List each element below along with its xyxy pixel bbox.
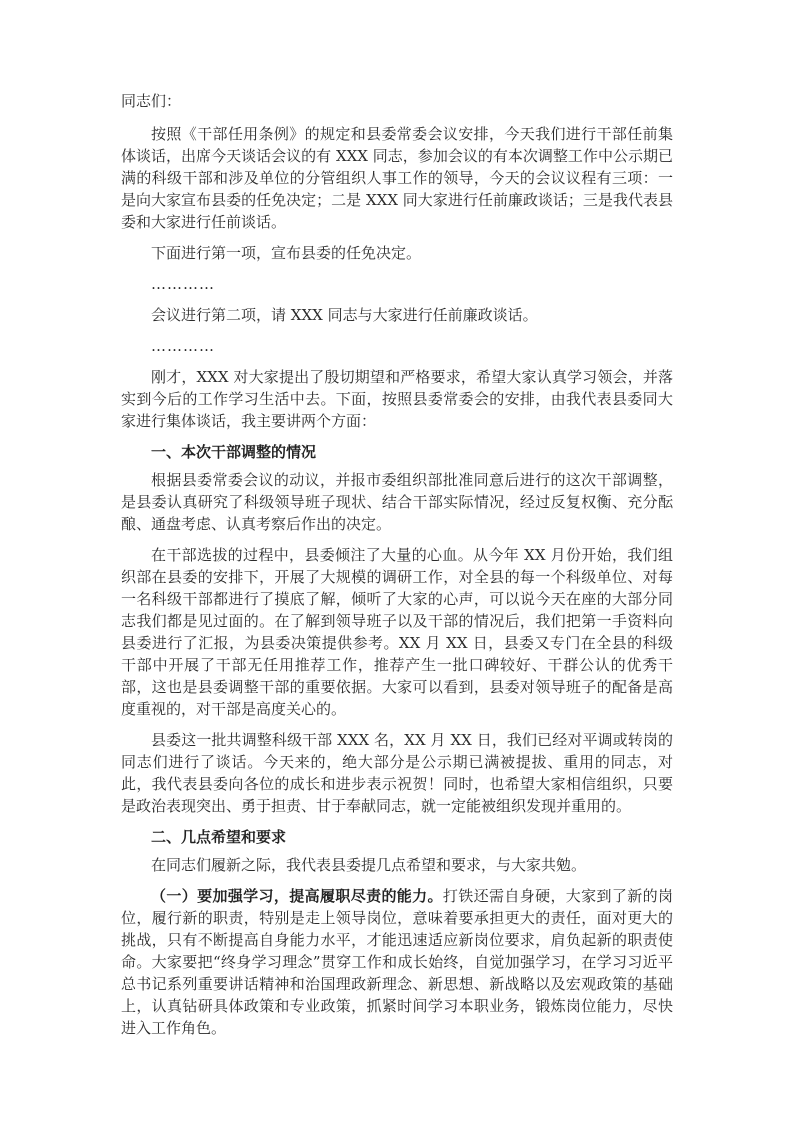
subsection-body-1: 打铁还需自身硬，大家到了新的岗位，履行新的职责，特别是走上领导岗位，意味着要承担… bbox=[121, 887, 673, 1037]
ellipsis-placeholder-2: ………… bbox=[121, 335, 673, 357]
section-1-paragraph-3: 县委这一批共调整科级干部 XXX 名，XX 月 XX 日，我们已经对平调或转岗的… bbox=[121, 729, 673, 817]
section-heading-1: 一、本次干部调整的情况 bbox=[121, 441, 673, 463]
salutation: 同志们： bbox=[121, 90, 673, 112]
paragraph-agenda-item-2: 会议进行第二项，请 XXX 同志与大家进行任前廉政谈话。 bbox=[121, 304, 673, 326]
document-page: 同志们： 按照《干部任用条例》的规定和县委常委会议安排，今天我们进行干部任前集体… bbox=[121, 90, 673, 1039]
section-2-intro: 在同志们履新之际，我代表县委提几点希望和要求，与大家共勉。 bbox=[121, 854, 673, 876]
section-1-paragraph-1: 根据县委常委会议的动议，并报市委组织部批准同意后进行的这次干部调整，是县委认真研… bbox=[121, 469, 673, 535]
paragraph-transition: 刚才，XXX 对大家提出了殷切期望和严格要求，希望大家认真学习领会，并落实到今后… bbox=[121, 366, 673, 432]
section-1-paragraph-2: 在干部选拔的过程中，县委倾注了大量的心血。从今年 XX 月份开始，我们组织部在县… bbox=[121, 544, 673, 720]
paragraph-agenda-item-1: 下面进行第一项，宣布县委的任免决定。 bbox=[121, 242, 673, 264]
section-2-paragraph-1: （一）要加强学习，提高履职尽责的能力。打铁还需自身硬，大家到了新的岗位，履行新的… bbox=[121, 885, 673, 1039]
section-heading-2: 二、几点希望和要求 bbox=[121, 826, 673, 848]
subsection-lead-1: （一）要加强学习，提高履职尽责的能力。 bbox=[151, 887, 443, 905]
ellipsis-placeholder-1: ………… bbox=[121, 273, 673, 295]
paragraph-intro: 按照《干部任用条例》的规定和县委常委会议安排，今天我们进行干部任前集体谈话，出席… bbox=[121, 123, 673, 233]
